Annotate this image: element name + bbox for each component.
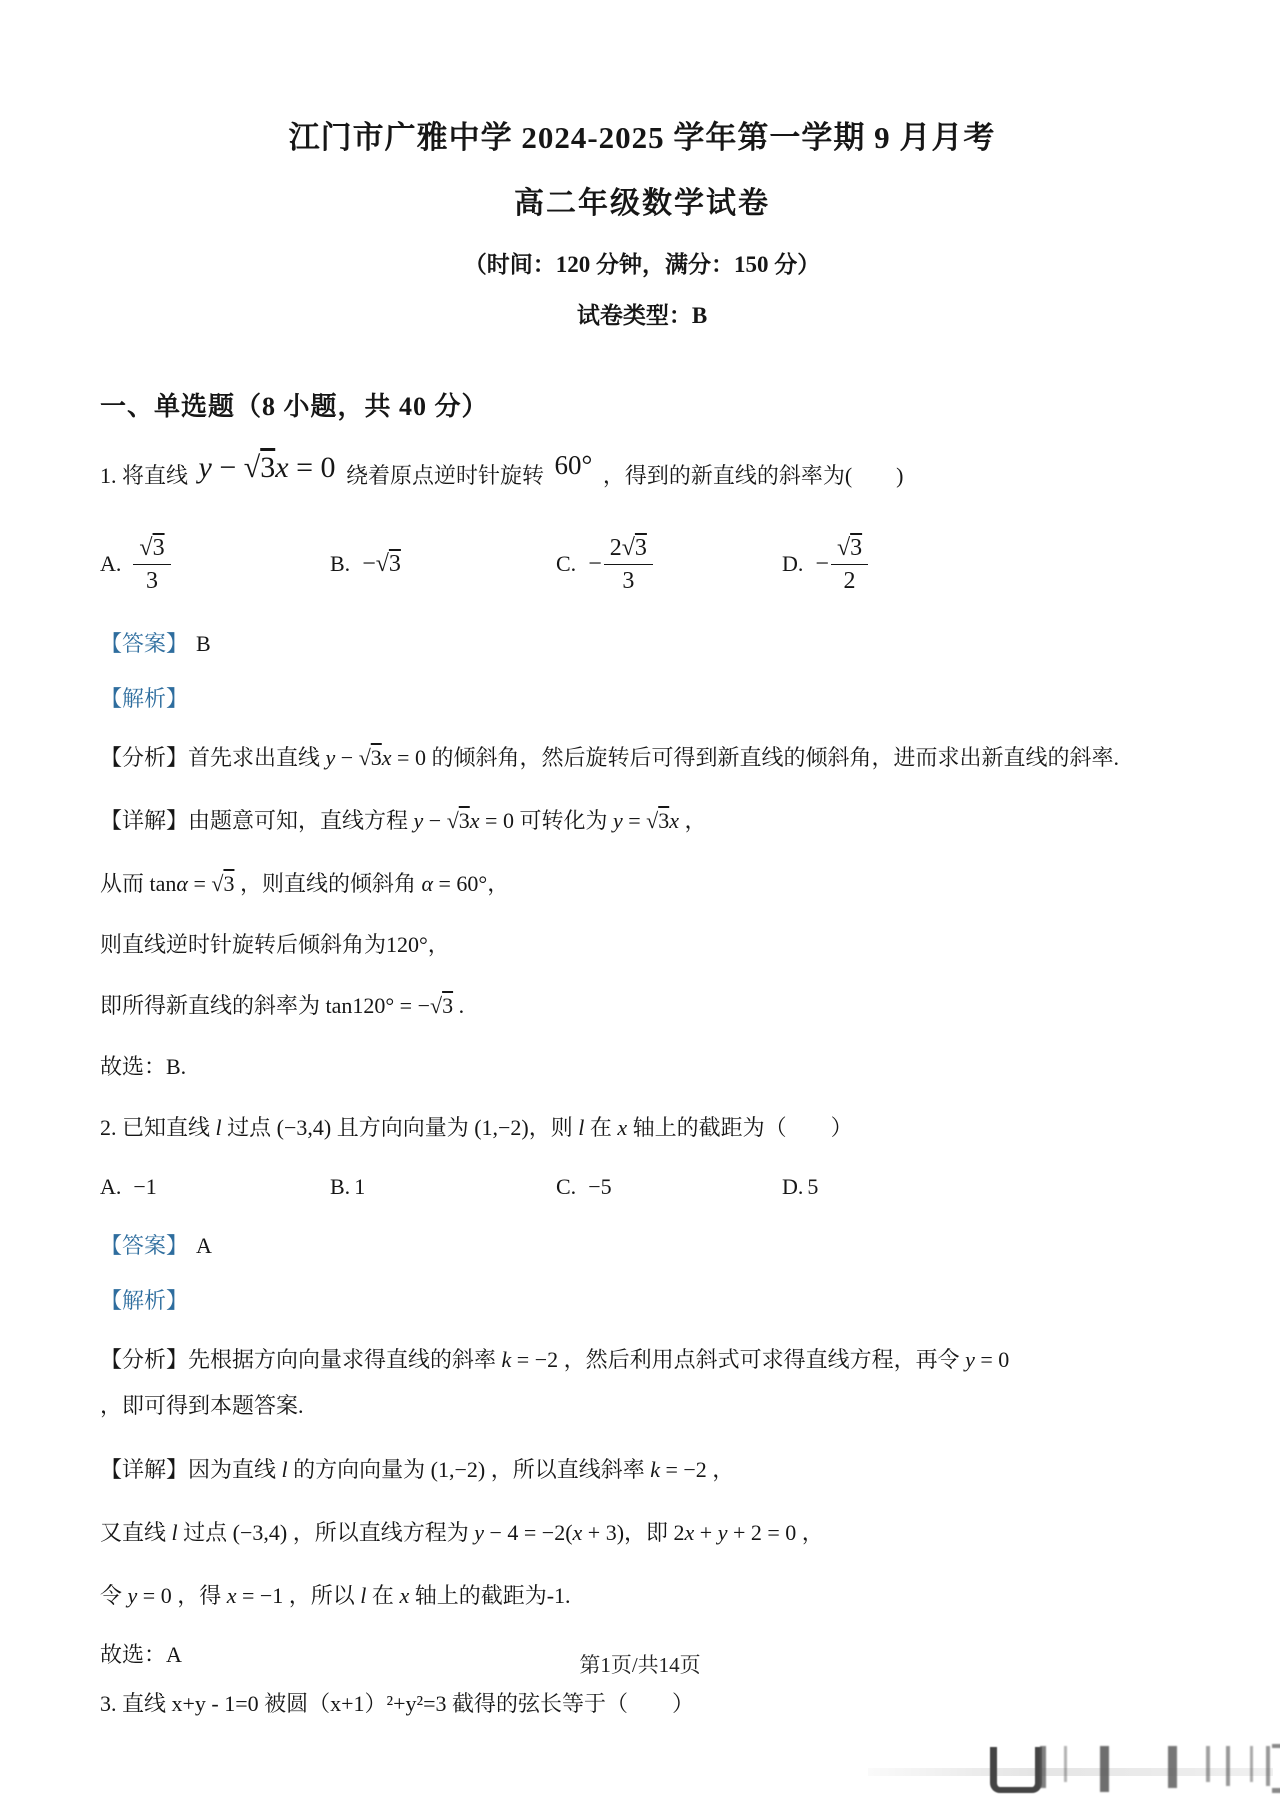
q2-xiangjie: 【详解】因为直线 l 的方向向量为 (1,−2) ，所以直线斜率 k = −2 … <box>100 1453 1184 1486</box>
q1-rotation-angle: 60° <box>555 450 593 480</box>
q1-answer-line: 【答案】B <box>100 627 1184 660</box>
q1-stem-suffix: ，得到的新直线的斜率为( ) <box>603 463 904 488</box>
q2-option-b: B. 1 <box>330 1174 556 1200</box>
q2-answer-tag: 【答案】 <box>100 1233 188 1258</box>
q1-conclusion: 故选：B. <box>100 1050 1184 1083</box>
exam-info: （时间：120 分钟，满分：150 分） <box>100 246 1184 279</box>
q1-option-a-fraction: √3 3 <box>133 533 170 596</box>
page-number-footer: 第1页/共14页 <box>0 1649 1280 1679</box>
q2-option-d-value: 5 <box>807 1174 818 1200</box>
q2-answer-line: 【答案】A <box>100 1229 1184 1262</box>
q2-solution-line-2: 令 y = 0 ，得 x = −1 ，所以 l 在 x 轴上的截距为-1. <box>100 1579 1184 1612</box>
q1-option-b: B. −√3 <box>330 551 556 578</box>
q2-option-a-value: −1 <box>133 1174 156 1200</box>
exam-document-page: 江门市广雅中学 2024-2025 学年第一学期 9 月月考 高二年级数学试卷 … <box>0 0 1280 1809</box>
q2-jiexi-line: 【解析】 <box>100 1284 1184 1317</box>
paper-title: 高二年级数学试卷 <box>100 178 1184 222</box>
page-content: 江门市广雅中学 2024-2025 学年第一学期 9 月月考 高二年级数学试卷 … <box>0 0 1280 1720</box>
q1-option-a-label: A. <box>100 551 121 577</box>
q1-option-d: D. − √3 2 <box>782 533 1184 596</box>
exam-title: 江门市广雅中学 2024-2025 学年第一学期 9 月月考 <box>100 118 1184 158</box>
q1-line-equation: y − √3x = 0 <box>199 451 336 484</box>
q1-jiexi-line: 【解析】 <box>100 682 1184 715</box>
q2-option-a: A. −1 <box>100 1174 330 1200</box>
q2-option-b-value: 1 <box>354 1174 365 1200</box>
q1-option-b-value: −√3 <box>362 551 401 578</box>
q1-fenxi: 【分析】首先求出直线 y − √3x = 0 的倾斜角，然后旋转后可得到新直线的… <box>100 741 1184 774</box>
q2-jiexi-tag: 【解析】 <box>100 1288 188 1313</box>
q1-solution-line-3: 即所得新直线的斜率为 tan120° = −√3 . <box>100 989 1184 1022</box>
question-2-stem: 2. 已知直线 l 过点 (−3,4) 且方向向量为 (1,−2)，则 l 在 … <box>100 1111 1184 1144</box>
q1-option-d-label: D. <box>782 551 803 577</box>
q1-xiangjie: 【详解】由题意可知，直线方程 y − √3x = 0 可转化为 y = √3x … <box>100 804 1184 837</box>
question-1-stem: 1. 将直线 y − √3x = 0 绕着原点逆时针旋转 60° ，得到的新直线… <box>100 451 1184 499</box>
paper-type: 试卷类型：B <box>100 297 1184 330</box>
scan-artifact-marks <box>868 1742 1278 1804</box>
q1-option-b-label: B. <box>330 551 350 577</box>
q1-solution-line-1: 从而 tanα = √3 ，则直线的倾斜角 α = 60°， <box>100 867 1184 900</box>
q1-jiexi-tag: 【解析】 <box>100 686 188 711</box>
question-1-options: A. √3 3 B. −√3 C. − 2√3 3 D. − <box>100 527 1184 601</box>
q1-option-a: A. √3 3 <box>100 533 330 596</box>
q2-fenxi: 【分析】先根据方向向量求得直线的斜率 k = −2 ，然后利用点斜式可求得直线方… <box>100 1337 1035 1429</box>
q1-answer-tag: 【答案】 <box>100 631 188 656</box>
q1-option-c: C. − 2√3 3 <box>556 533 782 596</box>
q1-option-c-label: C. <box>556 551 576 577</box>
q2-option-c: C. −5 <box>556 1174 782 1200</box>
q2-option-d: D. 5 <box>782 1174 1184 1200</box>
q2-solution-line-1: 又直线 l 过点 (−3,4) ，所以直线方程为 y − 4 = −2(x + … <box>100 1516 1184 1549</box>
question-3-stem: 3. 直线 x+y - 1=0 被圆（x+1）²+y²=3 截得的弦长等于（ ） <box>100 1687 1184 1720</box>
q2-option-c-value: −5 <box>588 1174 611 1200</box>
q1-option-c-fraction: 2√3 3 <box>604 533 653 596</box>
q1-solution-line-2: 则直线逆时针旋转后倾斜角为120°， <box>100 928 1184 961</box>
q1-stem-prefix: 1. 将直线 <box>100 463 188 488</box>
question-2-options: A. −1 B. 1 C. −5 D. 5 <box>100 1170 1184 1203</box>
q1-stem-mid: 绕着原点逆时针旋转 <box>346 463 544 488</box>
q2-answer-value: A <box>196 1233 212 1258</box>
q1-answer-value: B <box>196 631 211 656</box>
section-heading: 一、单选题（8 小题，共 40 分） <box>100 386 1184 423</box>
q1-option-d-fraction: √3 2 <box>831 533 868 596</box>
